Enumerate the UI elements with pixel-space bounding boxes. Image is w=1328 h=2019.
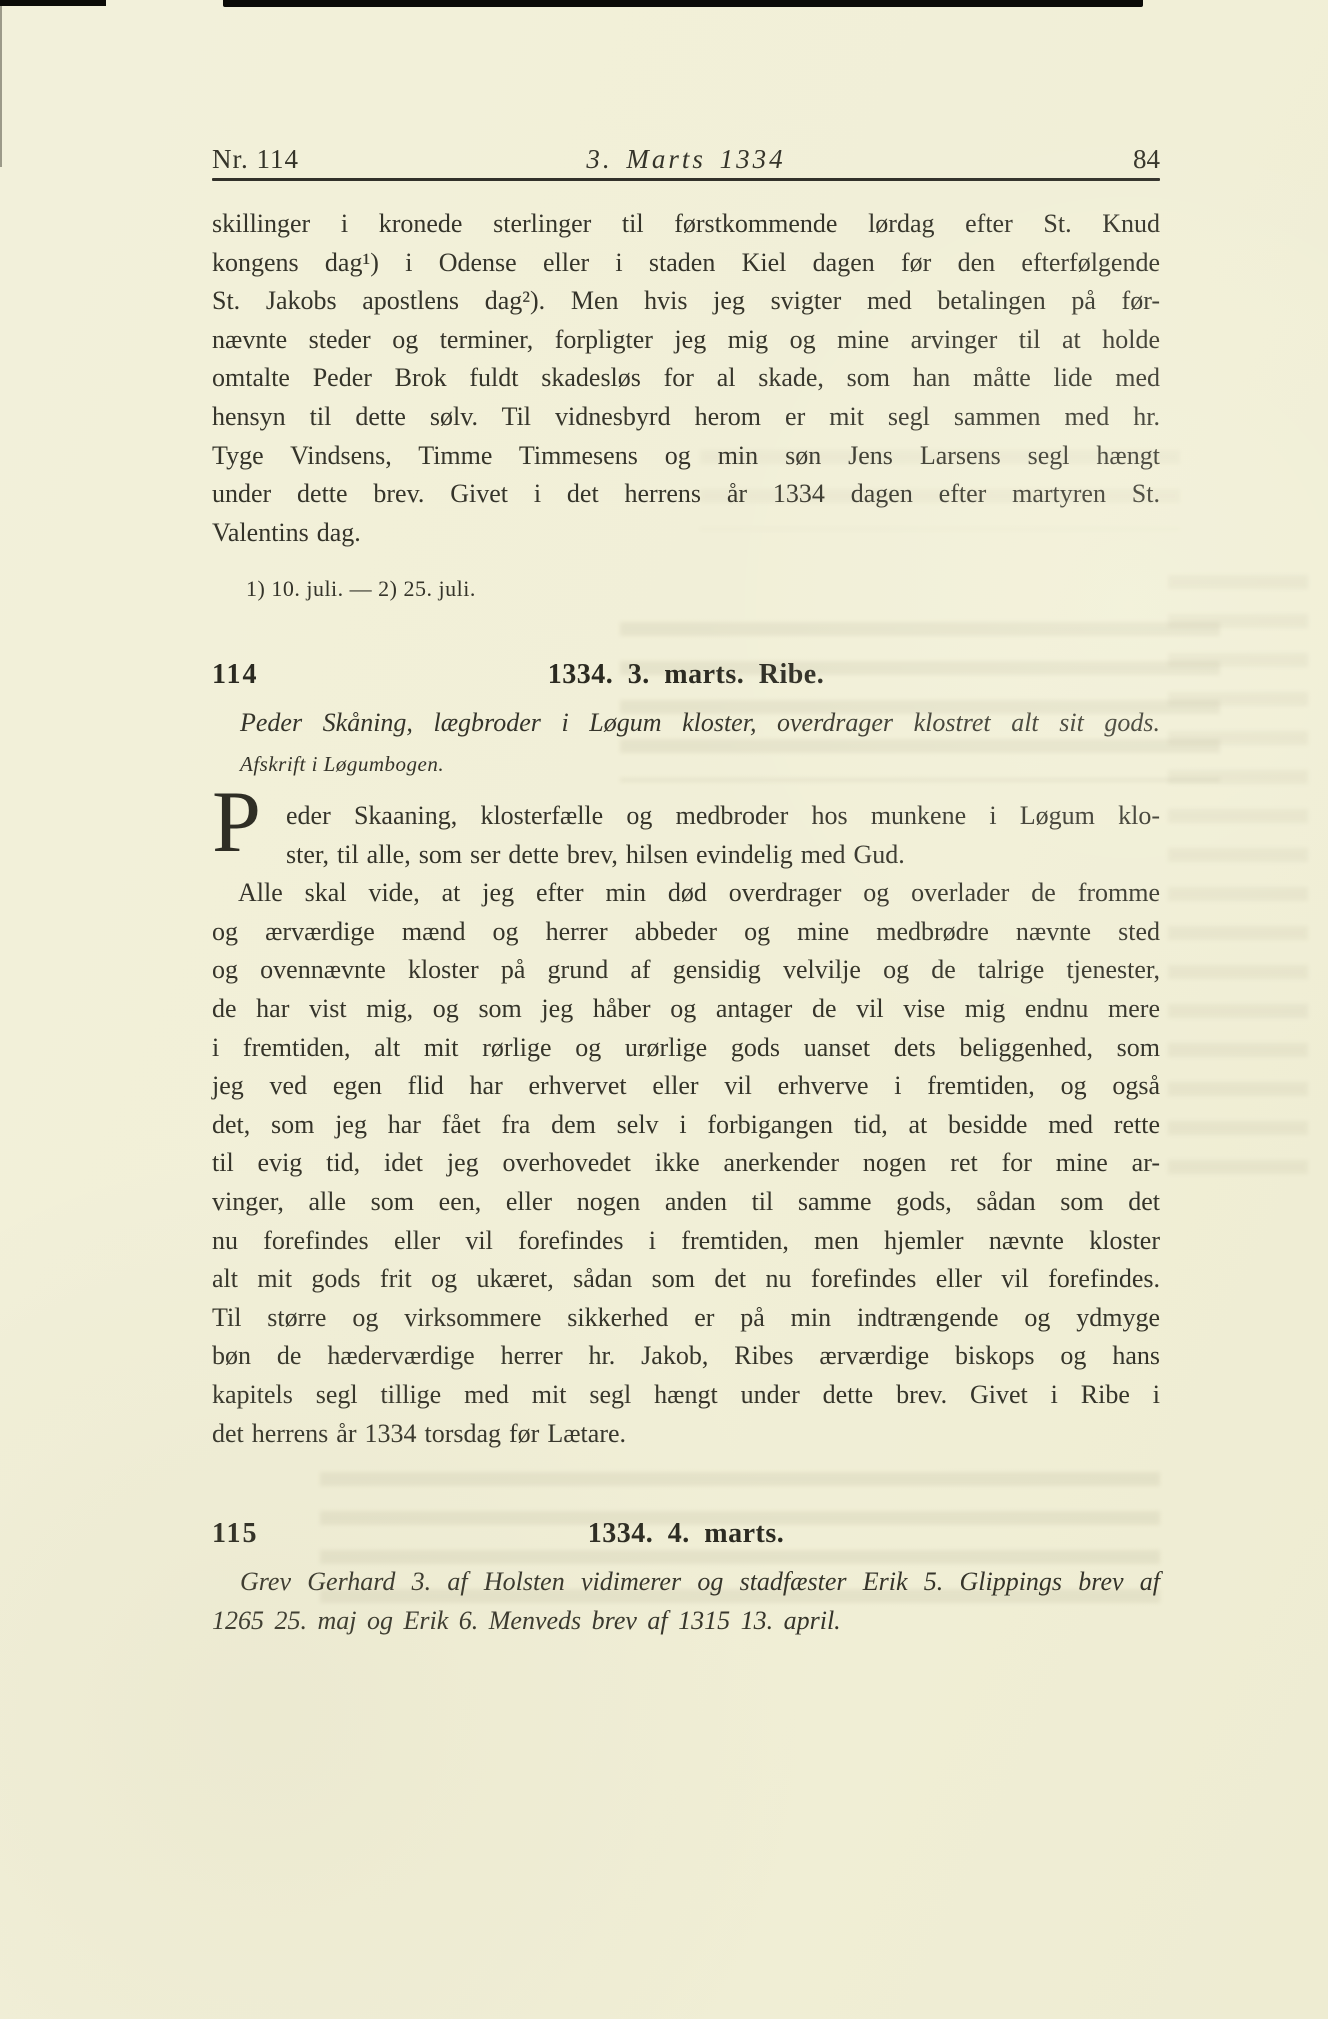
text-line: kapitels segl tillige med mit segl hængt… [212, 1376, 1160, 1415]
continuation-paragraph: skillinger i kronede sterlinger til førs… [212, 205, 1160, 552]
entry-114-number: 114 [212, 659, 258, 691]
running-head-title: 3. Marts 1334 [212, 144, 1160, 175]
text-line: og ovennævnte kloster på grund af gensid… [212, 951, 1160, 990]
text-line: det herrens år 1334 torsdag før Lætare. [212, 1415, 1160, 1454]
text-line: nævnte steder og terminer, forpligter je… [212, 321, 1160, 360]
text-line: til evig tid, idet jeg overhovedet ikke … [212, 1144, 1160, 1183]
text-line: under dette brev. Givet i det herrens år… [212, 475, 1160, 514]
text-line: omtalte Peder Brok fuldt skadesløs for a… [212, 359, 1160, 398]
text-line: St. Jakobs apostlens dag²). Men hvis jeg… [212, 282, 1160, 321]
text-line: eder Skaaning, klosterfælle og medbroder… [212, 797, 1160, 836]
text-line: Alle skal vide, at jeg efter min død ove… [212, 874, 1160, 913]
entry-115-heading-row: 115 1334. 4. marts. [212, 1518, 1160, 1558]
text-line: kongens dag¹) i Odense eller i staden Ki… [212, 244, 1160, 283]
footnote-line: 1) 10. juli. — 2) 25. juli. [212, 576, 1194, 602]
entry-115-date-heading: 1334. 4. marts. [212, 1518, 1160, 1550]
entry-114-heading-row: 114 1334. 3. marts. Ribe. [212, 659, 1160, 699]
text-line: Peder Skåning, lægbroder i Løgum kloster… [212, 704, 1160, 743]
text-line: Valentins dag. [212, 514, 1160, 553]
show-through-smudge [1168, 565, 1308, 1195]
text-line: skillinger i kronede sterlinger til førs… [212, 205, 1160, 244]
text-line: alt mit gods frit og ukæret, sådan som d… [212, 1260, 1160, 1299]
text-line: nu forefindes eller vil forefindes i fre… [212, 1222, 1160, 1261]
text-line: 1265 25. maj og Erik 6. Menveds brev af … [212, 1602, 1160, 1641]
header-rule [212, 178, 1160, 181]
scan-artifact-top-bar-main [223, 0, 1143, 7]
text-line: bøn de hæderværdige herrer hr. Jakob, Ri… [212, 1337, 1160, 1376]
entry-114-summary: Peder Skåning, lægbroder i Løgum kloster… [212, 704, 1160, 743]
entry-114-date-heading: 1334. 3. marts. Ribe. [212, 659, 1160, 691]
text-line: hensyn til dette sølv. Til vidnesbyrd he… [212, 398, 1160, 437]
text-line: vinger, alle som een, eller nogen anden … [212, 1183, 1160, 1222]
text-line: de har vist mig, og som jeg håber og ant… [212, 990, 1160, 1029]
page-number: 84 [1133, 144, 1160, 175]
entry-115-summary: Grev Gerhard 3. af Holsten vidimerer og … [212, 1563, 1160, 1640]
entry-115-number: 115 [212, 1518, 258, 1550]
text-line: Grev Gerhard 3. af Holsten vidimerer og … [212, 1563, 1160, 1602]
scanned-book-page: Nr. 114 3. Marts 1334 84 skillinger i kr… [0, 0, 1328, 2019]
text-line: Til større og virksommere sikkerhed er p… [212, 1299, 1160, 1338]
entry-114-source-note: Afskrift i Løgumbogen. [212, 752, 1188, 777]
running-head-number: Nr. 114 [212, 144, 299, 175]
entry-114-body: eder Skaaning, klosterfælle og medbroder… [212, 797, 1160, 1453]
text-line: ster, til alle, som ser dette brev, hils… [212, 836, 1160, 875]
scan-artifact-edge-line [0, 0, 2, 167]
text-line: jeg ved egen flid har erhvervet eller vi… [212, 1067, 1160, 1106]
text-line: Tyge Vindsens, Timme Timmesens og min sø… [212, 437, 1160, 476]
text-line: det, som jeg har fået fra dem selv i for… [212, 1106, 1160, 1145]
scan-artifact-top-bar-left [0, 0, 106, 6]
text-line: i fremtiden, alt mit rørlige og urørlige… [212, 1029, 1160, 1068]
text-line: og ærværdige mænd og herrer abbeder og m… [212, 913, 1160, 952]
